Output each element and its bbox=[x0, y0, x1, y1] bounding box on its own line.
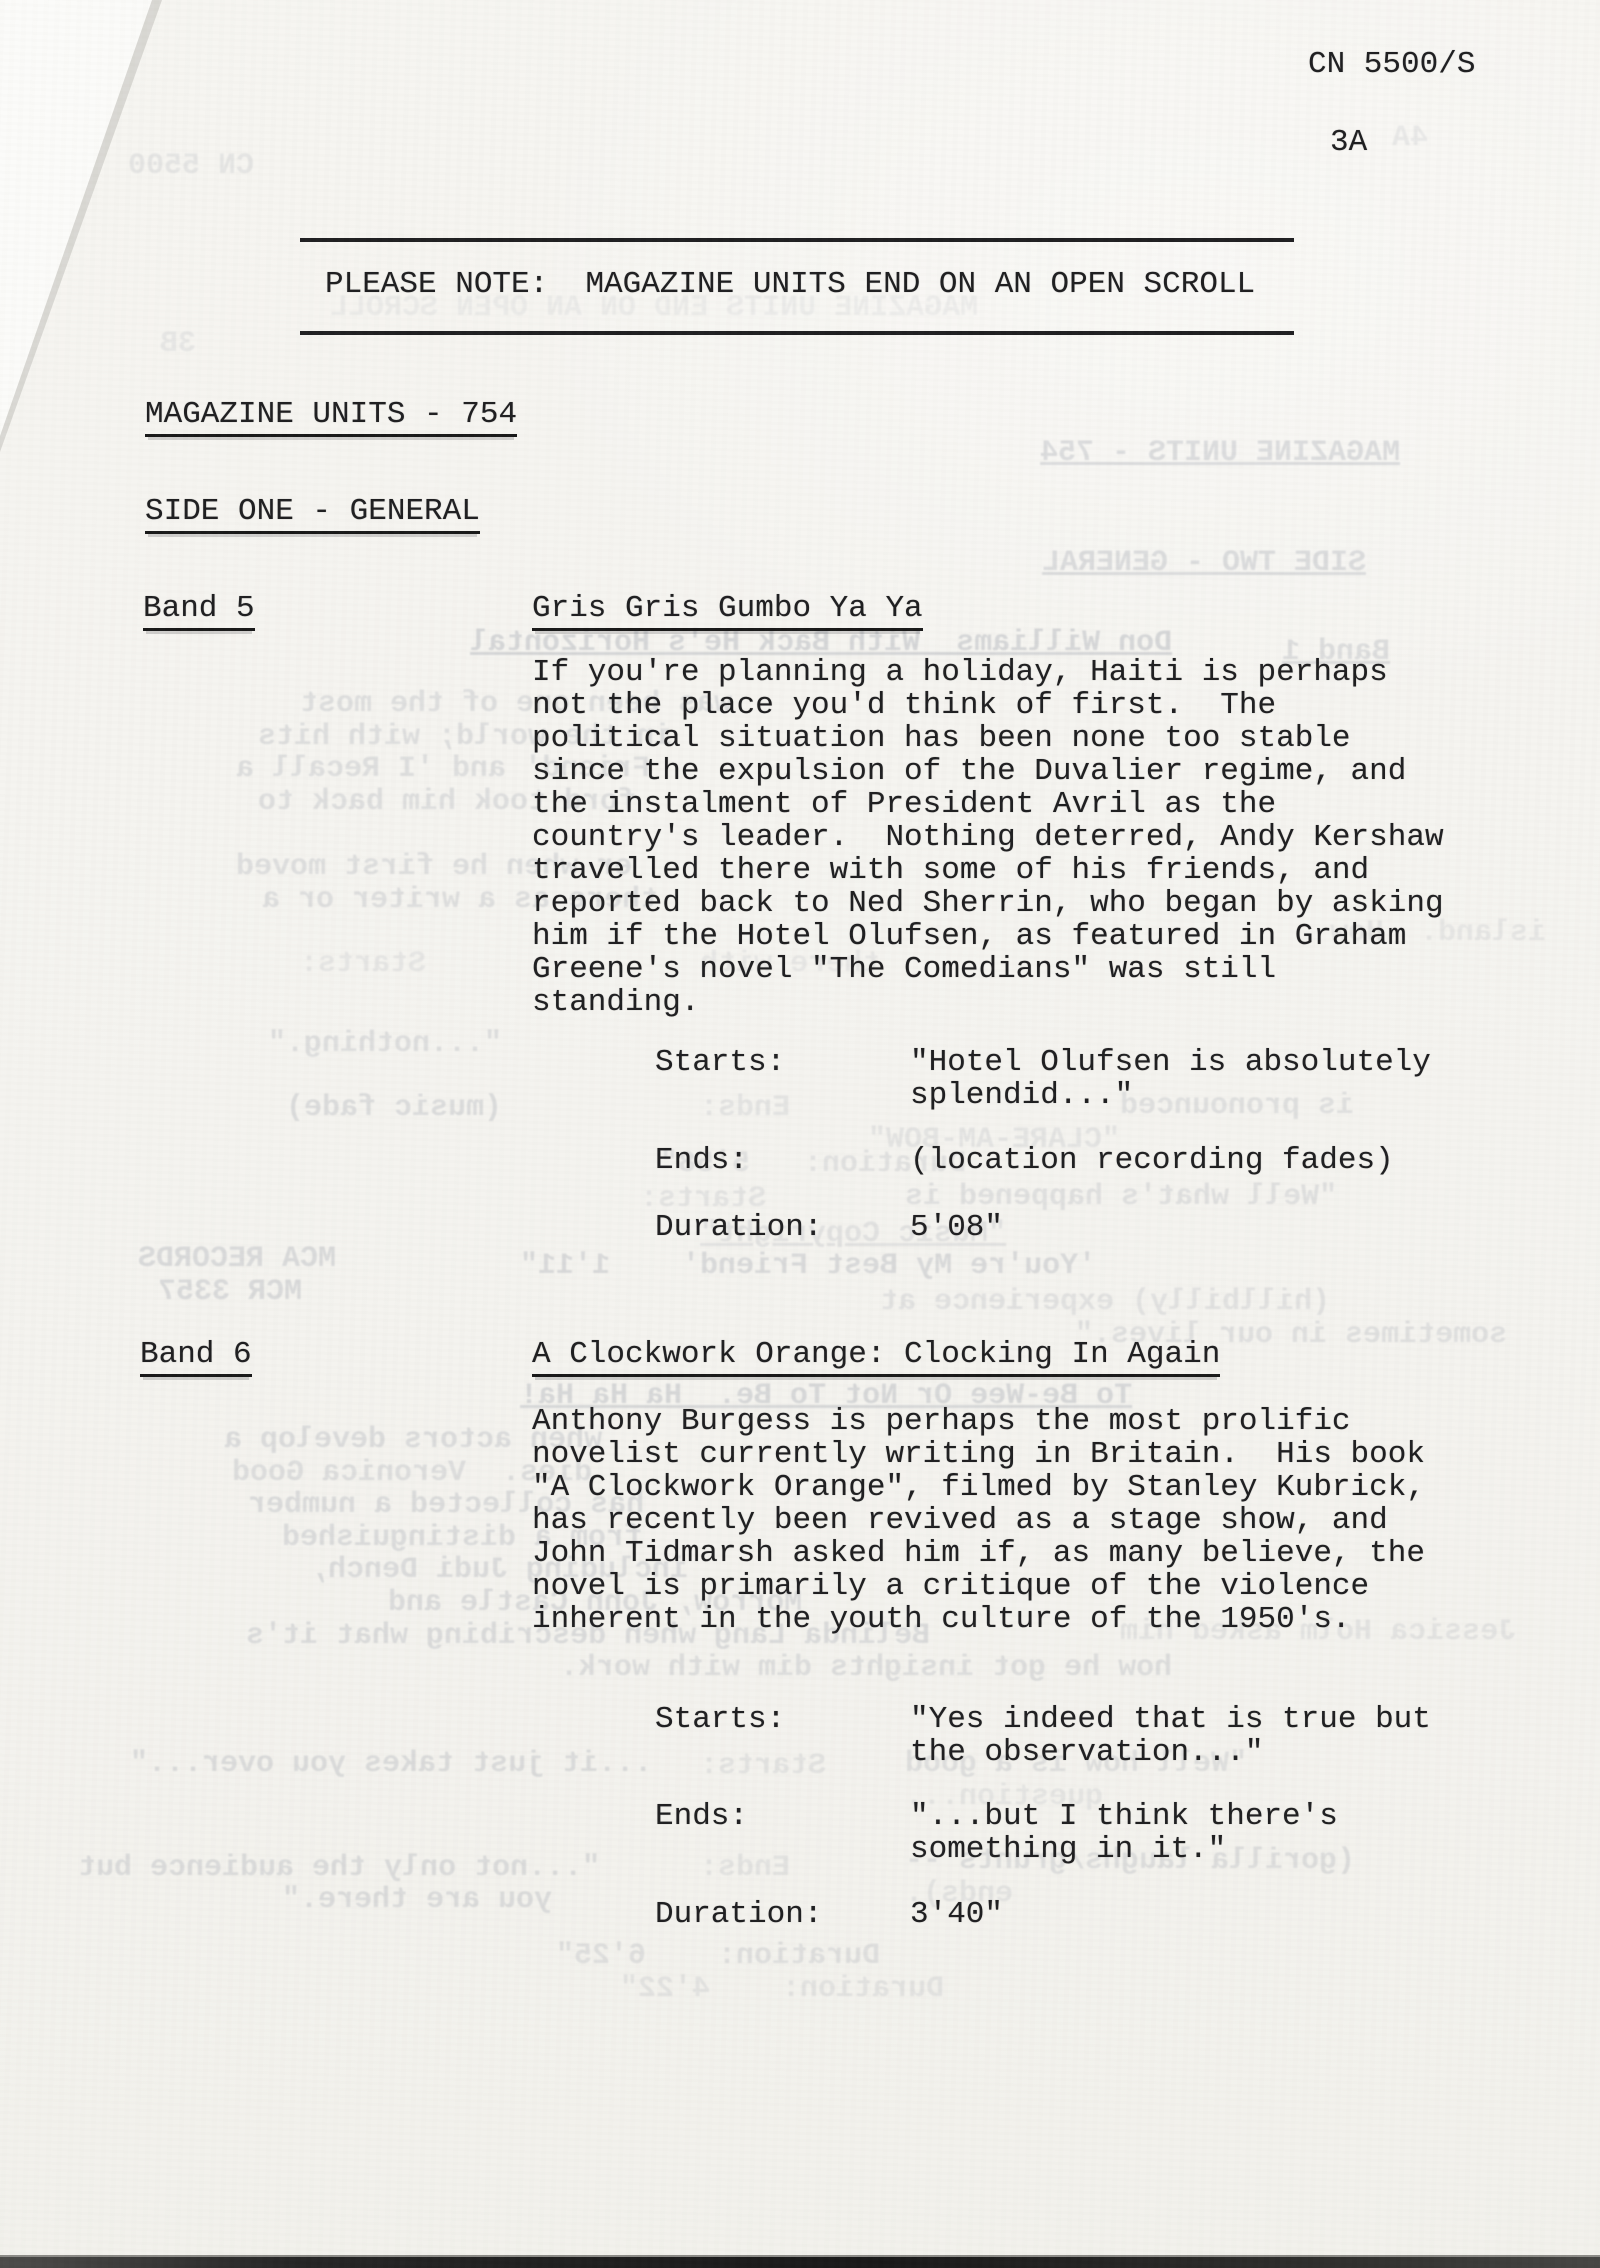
band-6-starts-value: "Yes indeed that is true but the observa… bbox=[910, 1703, 1431, 1769]
bleedthrough-text: CN 5500 bbox=[128, 150, 254, 182]
notice-rule-top bbox=[300, 238, 1294, 242]
notice-text: PLEASE NOTE: MAGAZINE UNITS END ON AN OP… bbox=[325, 268, 1255, 301]
bleedthrough-text: Ends: bbox=[700, 1092, 790, 1124]
band-5-ends-label: Ends: bbox=[655, 1144, 748, 1177]
band-6-starts-label: Starts: bbox=[655, 1703, 785, 1736]
band-6-duration-value: 3'40" bbox=[910, 1898, 1003, 1931]
scan-bottom-edge bbox=[0, 2255, 1600, 2268]
bleedthrough-text: (hillbilly) experience at bbox=[880, 1286, 1330, 1318]
band-6-ends-label: Ends: bbox=[655, 1800, 748, 1833]
section-title: SIDE ONE - GENERAL bbox=[145, 495, 480, 534]
band-5-duration-value: 5'08" bbox=[910, 1211, 1003, 1244]
bleedthrough-text: MCR 3357 bbox=[158, 1276, 302, 1308]
band-5-ends-value: (location recording fades) bbox=[910, 1144, 1394, 1177]
bleedthrough-text: Starts: bbox=[300, 948, 426, 980]
band-5-starts-value: "Hotel Olufsen is absolutely splendid...… bbox=[910, 1046, 1431, 1112]
band-6-title: A Clockwork Orange: Clocking In Again bbox=[532, 1338, 1220, 1377]
bleedthrough-text: Starts: bbox=[700, 1750, 826, 1782]
bleedthrough-text: "Well what's happened is bbox=[905, 1181, 1337, 1213]
bleedthrough-text: Duration: 4'22" bbox=[620, 1973, 944, 2005]
band-6-description: Anthony Burgess is perhaps the most prol… bbox=[532, 1405, 1425, 1636]
notice-rule-bottom bbox=[300, 331, 1294, 335]
bleedthrough-text: ...it just takes you over..." bbox=[130, 1748, 652, 1780]
band-6-ends-value: "...but I think there's something in it.… bbox=[910, 1800, 1338, 1866]
band-5-title: Gris Gris Gumbo Ya Ya bbox=[532, 592, 923, 631]
bleedthrough-text: 3B bbox=[160, 328, 196, 360]
bleedthrough-text: 4A bbox=[1392, 122, 1428, 154]
bleedthrough-text: Ends: bbox=[700, 1852, 790, 1884]
document-reference: CN 5500/S bbox=[1308, 48, 1475, 81]
band-5-description: If you're planning a holiday, Haiti is p… bbox=[532, 656, 1444, 1019]
bleedthrough-text: SIDE TWO - GENERAL bbox=[1042, 547, 1366, 579]
bleedthrough-text: "...nothing." bbox=[268, 1028, 502, 1060]
bleedthrough-text: you are there." bbox=[282, 1884, 552, 1916]
scanned-document-page: CN 55003B4AMAGAZINE UNITS END ON AN OPEN… bbox=[0, 0, 1600, 2268]
document-title: MAGAZINE UNITS - 754 bbox=[145, 398, 517, 437]
band-6-label: Band 6 bbox=[140, 1338, 252, 1377]
bleedthrough-text: (music fade) bbox=[286, 1092, 502, 1124]
band-6-duration-label: Duration: bbox=[655, 1898, 822, 1931]
bleedthrough-text: "...not only the audience but bbox=[78, 1852, 600, 1884]
band-5-starts-label: Starts: bbox=[655, 1046, 785, 1079]
bleedthrough-text: MCA RECORDS bbox=[138, 1243, 336, 1275]
bleedthrough-text: Duration: 6'25" bbox=[556, 1940, 880, 1972]
band-5-duration-label: Duration: bbox=[655, 1211, 822, 1244]
bleedthrough-text: how he got insights dim with work. bbox=[560, 1652, 1172, 1684]
page-number: 3A bbox=[1330, 126, 1367, 159]
bleedthrough-text: MAGAZINE UNITS - 754 bbox=[1040, 437, 1400, 469]
bleedthrough-text: 'You're My Best Friend' 1'11" bbox=[520, 1250, 1096, 1282]
band-5-label: Band 5 bbox=[143, 592, 255, 631]
